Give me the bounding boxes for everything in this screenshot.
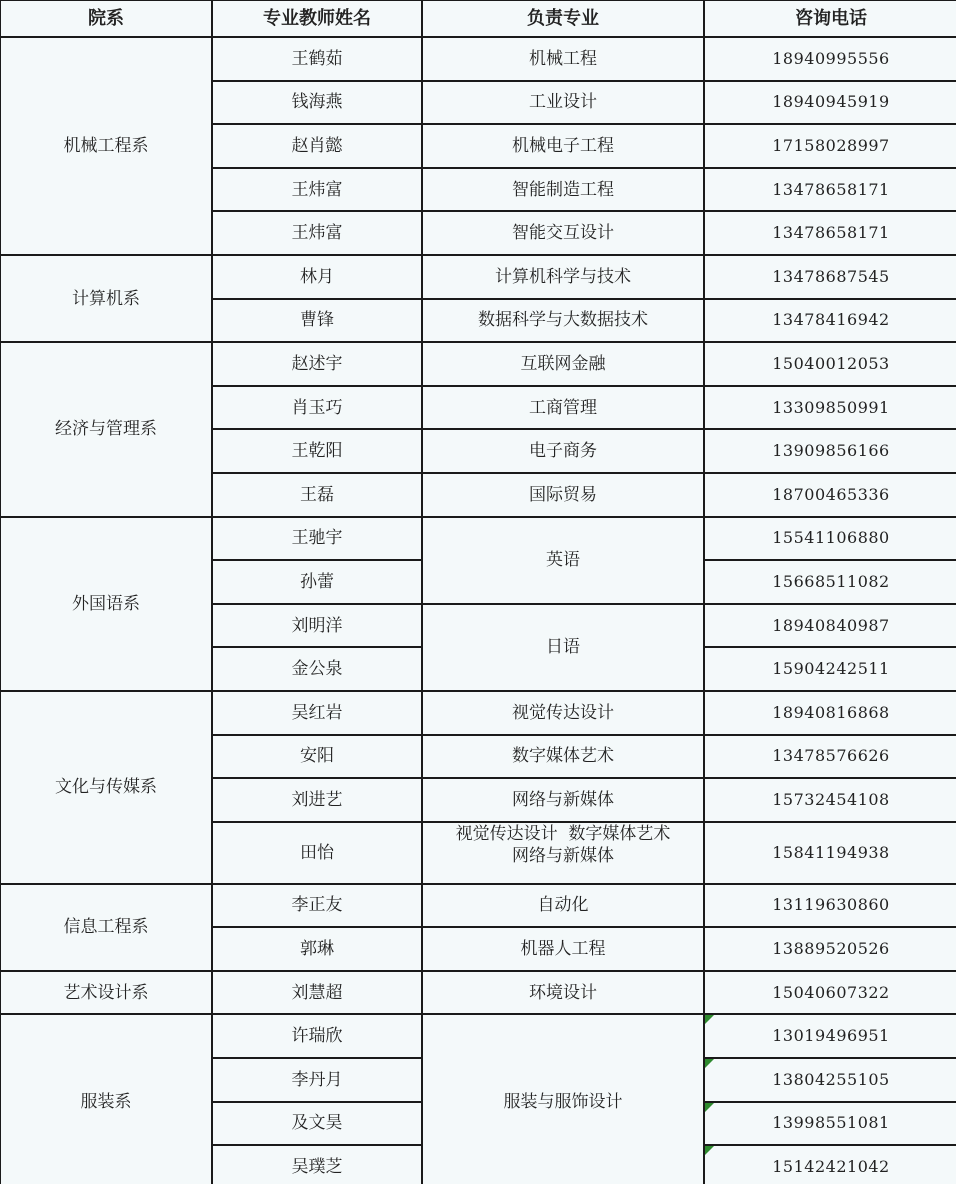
- header-major: 负责专业: [422, 0, 704, 37]
- phone-cell: 17158028997: [704, 124, 956, 168]
- cell-flag-icon: [705, 1146, 714, 1155]
- teacher-cell: 及文昊: [212, 1102, 422, 1146]
- teacher-cell: 王驰宇: [212, 517, 422, 561]
- dept-cell: 外国语系: [0, 517, 212, 691]
- major-line: 网络与新媒体: [423, 845, 703, 867]
- major-cell: 工业设计: [422, 81, 704, 125]
- phone-cell: 13478576626: [704, 735, 956, 779]
- teacher-cell: 王炜富: [212, 168, 422, 212]
- header-row: 院系 专业教师姓名 负责专业 咨询电话: [0, 0, 956, 37]
- major-cell: 机械工程: [422, 37, 704, 81]
- major-cell: 互联网金融: [422, 342, 704, 386]
- phone-cell-flagged: 13019496951: [704, 1014, 956, 1058]
- phone-value: 13998551081: [772, 1113, 889, 1132]
- teacher-cell: 郭琳: [212, 927, 422, 971]
- major-cell: 计算机科学与技术: [422, 255, 704, 299]
- major-cell: 自动化: [422, 884, 704, 928]
- major-cell: 数据科学与大数据技术: [422, 299, 704, 343]
- major-cell-multi: 视觉传达设计 数字媒体艺术 网络与新媒体: [422, 822, 704, 884]
- teacher-cell: 李正友: [212, 884, 422, 928]
- major-cell: 智能制造工程: [422, 168, 704, 212]
- teacher-cell: 钱海燕: [212, 81, 422, 125]
- teacher-cell: 刘慧超: [212, 971, 422, 1015]
- phone-cell: 18940995556: [704, 37, 956, 81]
- phone-cell: 15040607322: [704, 971, 956, 1015]
- phone-cell: 15841194938: [704, 822, 956, 884]
- teacher-cell: 赵肖懿: [212, 124, 422, 168]
- phone-cell-flagged: 13998551081: [704, 1102, 956, 1146]
- phone-cell-flagged: 15142421042: [704, 1145, 956, 1184]
- phone-cell: 18700465336: [704, 473, 956, 517]
- dept-cell: 信息工程系: [0, 884, 212, 971]
- table-row: 文化与传媒系 吴红岩 视觉传达设计 18940816868: [0, 691, 956, 735]
- teacher-cell: 刘进艺: [212, 778, 422, 822]
- major-cell: 工商管理: [422, 386, 704, 430]
- dept-cell: 计算机系: [0, 255, 212, 342]
- major-cell: 国际贸易: [422, 473, 704, 517]
- teacher-cell: 金公泉: [212, 647, 422, 691]
- phone-cell: 15541106880: [704, 517, 956, 561]
- teacher-cell: 孙蕾: [212, 560, 422, 604]
- phone-cell: 13478658171: [704, 211, 956, 255]
- cell-flag-icon: [705, 1059, 714, 1068]
- teacher-cell: 王鹤茹: [212, 37, 422, 81]
- phone-value: 13804255105: [772, 1070, 889, 1089]
- teacher-cell: 许瑞欣: [212, 1014, 422, 1058]
- header-dept: 院系: [0, 0, 212, 37]
- major-cell: 环境设计: [422, 971, 704, 1015]
- dept-cell: 机械工程系: [0, 37, 212, 255]
- table-row: 经济与管理系 赵述宇 互联网金融 15040012053: [0, 342, 956, 386]
- phone-value: 13019496951: [772, 1026, 889, 1045]
- table-row: 服装系 许瑞欣 服装与服饰设计 13019496951: [0, 1014, 956, 1058]
- teacher-cell: 田怡: [212, 822, 422, 884]
- header-teacher: 专业教师姓名: [212, 0, 422, 37]
- dept-cell: 经济与管理系: [0, 342, 212, 516]
- major-cell: 机械电子工程: [422, 124, 704, 168]
- major-cell: 视觉传达设计: [422, 691, 704, 735]
- teacher-cell: 王磊: [212, 473, 422, 517]
- phone-cell: 13478416942: [704, 299, 956, 343]
- table-row: 外国语系 王驰宇 英语 15541106880: [0, 517, 956, 561]
- phone-cell: 15040012053: [704, 342, 956, 386]
- cell-flag-icon: [705, 1103, 714, 1112]
- header-phone: 咨询电话: [704, 0, 956, 37]
- teacher-cell: 刘明洋: [212, 604, 422, 648]
- teacher-cell: 王乾阳: [212, 429, 422, 473]
- teacher-cell: 吴红岩: [212, 691, 422, 735]
- phone-value: 15142421042: [772, 1157, 889, 1176]
- phone-cell: 13478687545: [704, 255, 956, 299]
- cell-flag-icon: [705, 1015, 714, 1024]
- teacher-cell: 肖玉巧: [212, 386, 422, 430]
- teacher-cell: 吴璞芝: [212, 1145, 422, 1184]
- phone-cell: 15904242511: [704, 647, 956, 691]
- table-row: 计算机系 林月 计算机科学与技术 13478687545: [0, 255, 956, 299]
- major-cell: 数字媒体艺术: [422, 735, 704, 779]
- phone-cell: 18940816868: [704, 691, 956, 735]
- dept-cell: 服装系: [0, 1014, 212, 1184]
- major-cell: 日语: [422, 604, 704, 691]
- contact-table: 院系 专业教师姓名 负责专业 咨询电话 机械工程系 王鹤茹 机械工程 18940…: [0, 0, 956, 1184]
- phone-cell: 13909856166: [704, 429, 956, 473]
- table-row: 机械工程系 王鹤茹 机械工程 18940995556: [0, 37, 956, 81]
- major-cell: 网络与新媒体: [422, 778, 704, 822]
- phone-cell: 13889520526: [704, 927, 956, 971]
- teacher-cell: 李丹月: [212, 1058, 422, 1102]
- major-line: 视觉传达设计 数字媒体艺术: [423, 823, 703, 845]
- phone-cell: 13309850991: [704, 386, 956, 430]
- table-row: 信息工程系 李正友 自动化 13119630860: [0, 884, 956, 928]
- major-cell: 服装与服饰设计: [422, 1014, 704, 1184]
- major-cell: 电子商务: [422, 429, 704, 473]
- phone-cell: 15668511082: [704, 560, 956, 604]
- phone-cell: 18940945919: [704, 81, 956, 125]
- major-cell: 机器人工程: [422, 927, 704, 971]
- dept-cell: 文化与传媒系: [0, 691, 212, 884]
- phone-cell: 13119630860: [704, 884, 956, 928]
- teacher-cell: 曹锋: [212, 299, 422, 343]
- teacher-cell: 安阳: [212, 735, 422, 779]
- phone-cell: 13478658171: [704, 168, 956, 212]
- teacher-cell: 林月: [212, 255, 422, 299]
- phone-cell: 18940840987: [704, 604, 956, 648]
- table-row: 艺术设计系 刘慧超 环境设计 15040607322: [0, 971, 956, 1015]
- dept-cell: 艺术设计系: [0, 971, 212, 1015]
- major-cell: 智能交互设计: [422, 211, 704, 255]
- teacher-cell: 赵述宇: [212, 342, 422, 386]
- phone-cell-flagged: 13804255105: [704, 1058, 956, 1102]
- teacher-cell: 王炜富: [212, 211, 422, 255]
- major-cell: 英语: [422, 517, 704, 604]
- phone-cell: 15732454108: [704, 778, 956, 822]
